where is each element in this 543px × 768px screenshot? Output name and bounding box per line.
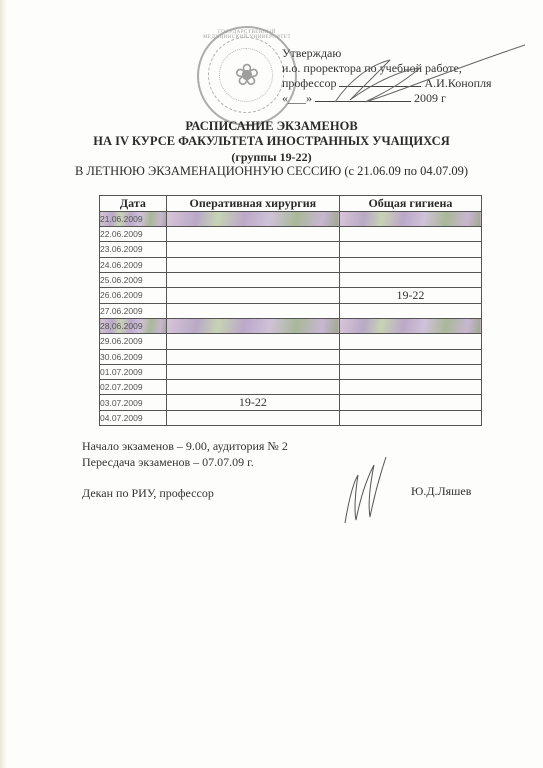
hygiene-cell — [339, 334, 481, 349]
table-row: 04.07.2009 — [100, 411, 482, 426]
date-cell: 29.06.2009 — [100, 334, 167, 349]
groups-label: (группы 19-22) — [0, 150, 543, 165]
hygiene-cell — [339, 272, 481, 287]
surgery-cell — [166, 379, 339, 394]
hygiene-cell — [339, 349, 481, 364]
date-cell: 22.06.2009 — [100, 227, 167, 242]
table-row: 23.06.2009 — [100, 242, 482, 257]
table-row: 21.06.2009 — [100, 212, 482, 227]
header-hygiene: Общая гигиена — [339, 196, 481, 212]
hygiene-cell — [339, 257, 481, 272]
table-row: 30.06.2009 — [100, 349, 482, 364]
date-cell: 28.06.2009 — [100, 319, 167, 334]
date-cell: 01.07.2009 — [100, 364, 167, 379]
surgery-cell — [166, 272, 339, 287]
surgery-cell — [166, 242, 339, 257]
hygiene-cell — [339, 242, 481, 257]
date-cell: 03.07.2009 — [100, 395, 167, 411]
table-row: 25.06.2009 — [100, 272, 482, 287]
date-cell: 25.06.2009 — [100, 272, 167, 287]
hygiene-cell: 19-22 — [339, 287, 481, 303]
hygiene-cell — [339, 395, 481, 411]
table-row: 03.07.200919-22 — [100, 395, 482, 411]
document-subtitle: НА IV КУРСЕ ФАКУЛЬТЕТА ИНОСТРАННЫХ УЧАЩИ… — [0, 134, 543, 149]
date-cell: 30.06.2009 — [100, 349, 167, 364]
hygiene-cell — [339, 379, 481, 394]
surgery-cell — [166, 411, 339, 426]
hygiene-cell — [339, 227, 481, 242]
scan-edge-shadow — [0, 0, 6, 768]
surgery-cell: 19-22 — [166, 395, 339, 411]
date-cell: 27.06.2009 — [100, 303, 167, 318]
approval-date-day: «___» — [282, 91, 312, 105]
retake-note: Пересдача экзаменов – 07.07.09 г. — [82, 455, 254, 470]
exam-schedule-table: Дата Оперативная хирургия Общая гигиена … — [99, 195, 482, 426]
surgery-cell — [166, 349, 339, 364]
dean-role: Декан по РИУ, профессор — [82, 486, 214, 501]
table-row: 29.06.2009 — [100, 334, 482, 349]
hygiene-cell — [339, 364, 481, 379]
table-header-row: Дата Оперативная хирургия Общая гигиена — [100, 196, 482, 212]
table-row: 27.06.2009 — [100, 303, 482, 318]
surgery-cell — [166, 364, 339, 379]
date-cell: 26.06.2009 — [100, 287, 167, 303]
table-row: 22.06.2009 — [100, 227, 482, 242]
table-row: 01.07.2009 — [100, 364, 482, 379]
session-period: В ЛЕТНЮЮ ЭКЗАМЕНАЦИОННУЮ СЕССИЮ (с 21.06… — [0, 164, 543, 179]
hygiene-cell — [339, 303, 481, 318]
table-row: 02.07.2009 — [100, 379, 482, 394]
header-date: Дата — [100, 196, 167, 212]
surgery-cell — [166, 257, 339, 272]
approval-role: профессор — [282, 76, 336, 90]
dean-signature — [340, 455, 390, 525]
surgery-cell — [166, 212, 339, 227]
surgery-cell — [166, 287, 339, 303]
header-surgery: Оперативная хирургия — [166, 196, 339, 212]
date-cell: 02.07.2009 — [100, 379, 167, 394]
hygiene-cell — [339, 411, 481, 426]
table-row: 24.06.2009 — [100, 257, 482, 272]
scanned-document-page: ГОСУДАРСТВЕННЫЙ МЕДИЦИНСКИЙ УНИВЕРСИТЕТ … — [0, 0, 543, 768]
table-row: 26.06.200919-22 — [100, 287, 482, 303]
date-cell: 21.06.2009 — [100, 212, 167, 227]
date-cell: 04.07.2009 — [100, 411, 167, 426]
dean-name: Ю.Д.Ляшев — [411, 484, 471, 499]
surgery-cell — [166, 319, 339, 334]
surgery-cell — [166, 227, 339, 242]
surgery-cell — [166, 303, 339, 318]
table-row: 28.06.2009 — [100, 319, 482, 334]
coat-of-arms-icon: ❀ — [227, 56, 267, 96]
exam-start-note: Начало экзаменов – 9.00, аудитория № 2 — [82, 439, 288, 454]
date-cell: 23.06.2009 — [100, 242, 167, 257]
document-title: РАСПИСАНИЕ ЭКЗАМЕНОВ — [0, 119, 543, 134]
hygiene-cell — [339, 212, 481, 227]
surgery-cell — [166, 334, 339, 349]
date-cell: 24.06.2009 — [100, 257, 167, 272]
vice-rector-signature — [330, 40, 530, 110]
hygiene-cell — [339, 319, 481, 334]
